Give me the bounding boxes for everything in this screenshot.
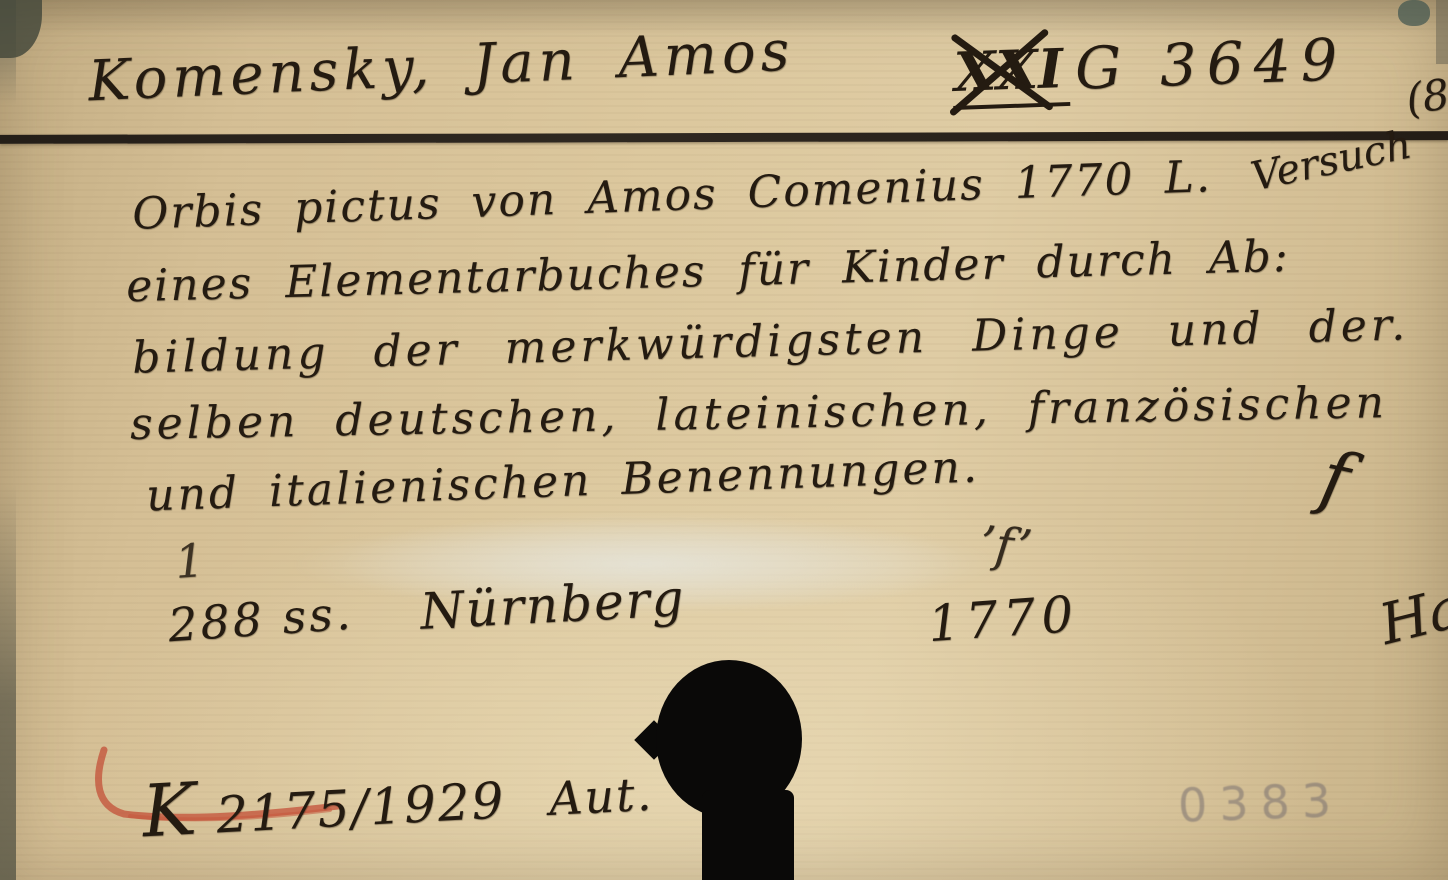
shelfmark-code: G 3649 — [1074, 25, 1349, 102]
shelfmark-crossed-class: XXI — [951, 28, 1071, 110]
accession-number: 2175/1929 — [215, 771, 507, 844]
title-line-2: eines Elementarbuches für Kinder durch A… — [126, 231, 1291, 312]
faint-number-stamp: 0383 — [1177, 773, 1344, 833]
title-line-3: bildung der merkwürdigsten Dinge und der… — [132, 299, 1410, 383]
right-margin-flourish: f — [1314, 434, 1358, 522]
author-heading: Komensky, Jan Amos — [87, 19, 796, 115]
collation-extent: 288 ss. — [166, 586, 355, 653]
shelfmark: XXI G 3649 — [952, 30, 1347, 108]
accession-suffix: Aut. — [548, 767, 655, 826]
title-line-5: und italienischen Benennungen. — [145, 441, 980, 521]
strike-x-mark — [945, 26, 1058, 118]
punch-hole-stem — [702, 790, 794, 880]
scan-left-edge — [0, 0, 16, 880]
scan-corner-top-right — [1398, 0, 1430, 26]
title-line-1: Orbis pictus von Amos Comenius 1770 L. — [131, 151, 1212, 240]
scan-right-edge — [1436, 0, 1448, 64]
imprint-year: 1770 — [926, 585, 1081, 653]
edge-paraph: Ha — [1373, 575, 1448, 658]
accession-letter: K — [140, 767, 200, 854]
erased-line-stray-marks: ’f’ — [977, 515, 1034, 576]
shelfmark-edge-fragment: (8 — [1403, 69, 1448, 124]
title-line-4: selben deutschen, lateinischen, französi… — [130, 377, 1389, 450]
catalog-card: Komensky, Jan Amos XXI G 3649 (8 Orbis p… — [0, 0, 1448, 880]
header-divider-rule — [0, 131, 1448, 144]
imprint-place: Nürnberg — [419, 569, 687, 641]
erased-line-numeral: 1 — [173, 533, 206, 589]
scan-corner-top-left — [0, 0, 42, 58]
